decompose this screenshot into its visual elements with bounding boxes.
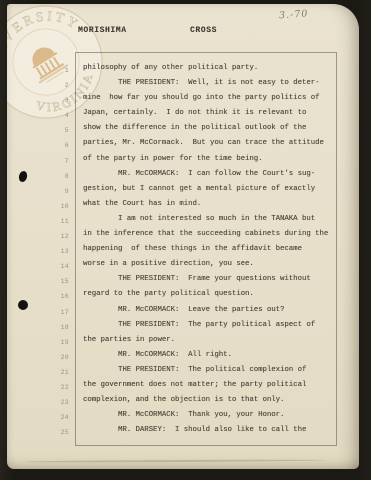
transcript-line: what the Court has in mind. [83,197,335,212]
scan-background: UNIVERSITY VIRGINIA [0,0,371,480]
line-number: 19 [35,335,69,350]
transcript-line: MR. McCORMACK: Leave the parties out? [83,303,335,318]
line-number: 24 [35,410,69,425]
punch-hole-bottom [18,300,28,310]
line-number: 23 [35,395,69,410]
transcript-text: philosophy of any other political party.… [83,61,335,438]
line-number: 7 [35,154,69,169]
punch-hole-top [18,170,28,183]
line-number: 1 [35,63,69,78]
line-number: 6 [35,138,69,153]
examination-type: CROSS [190,26,217,35]
line-number: 5 [35,123,69,138]
transcript-line: worse in a positive direction, you see. [83,257,335,272]
transcript-line: mine how far you should go into the part… [83,91,335,106]
line-number: 17 [35,305,69,320]
line-number: 21 [35,365,69,380]
transcript-line: gestion, but I cannot get a mental pictu… [83,182,335,197]
line-number: 15 [35,274,69,289]
transcript-line: happening of these things in the affidav… [83,242,335,257]
line-number: 11 [35,214,69,229]
document-page: UNIVERSITY VIRGINIA [7,4,359,469]
transcript-line: parties, Mr. McCormack. But you can trac… [83,136,335,151]
line-number: 4 [35,108,69,123]
transcript-line: complexion, and the objection is to that… [83,393,335,408]
line-number: 8 [35,169,69,184]
transcript-line: I am not interested so much in the TANAK… [83,212,335,227]
line-number: 22 [35,380,69,395]
transcript-line: THE PRESIDENT: The party political aspec… [83,318,335,333]
transcript-line: philosophy of any other political party. [83,61,335,76]
transcript-line: THE PRESIDENT: Frame your questions with… [83,272,335,287]
line-number: 12 [35,229,69,244]
transcript-line: of the party in power for the time being… [83,152,335,167]
line-number-column: 1 2 3 4 5 6 7 8 9 10 11 12 13 14 15 16 1… [35,63,69,440]
line-number: 18 [35,320,69,335]
line-number: 14 [35,259,69,274]
transcript-line: THE PRESIDENT: The political complexion … [83,363,335,378]
line-number: 16 [35,289,69,304]
line-number: 2 [35,78,69,93]
transcript-line: MR. McCORMACK: All right. [83,348,335,363]
witness-name: MORISHIMA [78,26,127,35]
line-number: 9 [35,184,69,199]
line-number: 3 [35,93,69,108]
transcript-line: MR. McCORMACK: Thank you, your Honor. [83,408,335,423]
transcript-line: Japan, certainly. I do not think it is r… [83,106,335,121]
line-number: 20 [35,350,69,365]
handwritten-page-number: 3.-70 [279,6,350,22]
line-number: 10 [35,199,69,214]
transcript-line: the parties in power. [83,333,335,348]
transcript-line: the government does not matter; the part… [83,378,335,393]
transcript-line: in the inference that the succeeding cab… [83,227,335,242]
transcript-line: regard to the party political question. [83,287,335,302]
transcript-line: THE PRESIDENT: Well, it is not easy to d… [83,76,335,91]
transcript-line: show the difference in the political out… [83,121,335,136]
line-number: 25 [35,425,69,440]
line-number: 13 [35,244,69,259]
transcript-line: MR. McCORMACK: I can follow the Court's … [83,167,335,182]
transcript-line: MR. DARSEY: I should also like to call t… [83,423,335,438]
